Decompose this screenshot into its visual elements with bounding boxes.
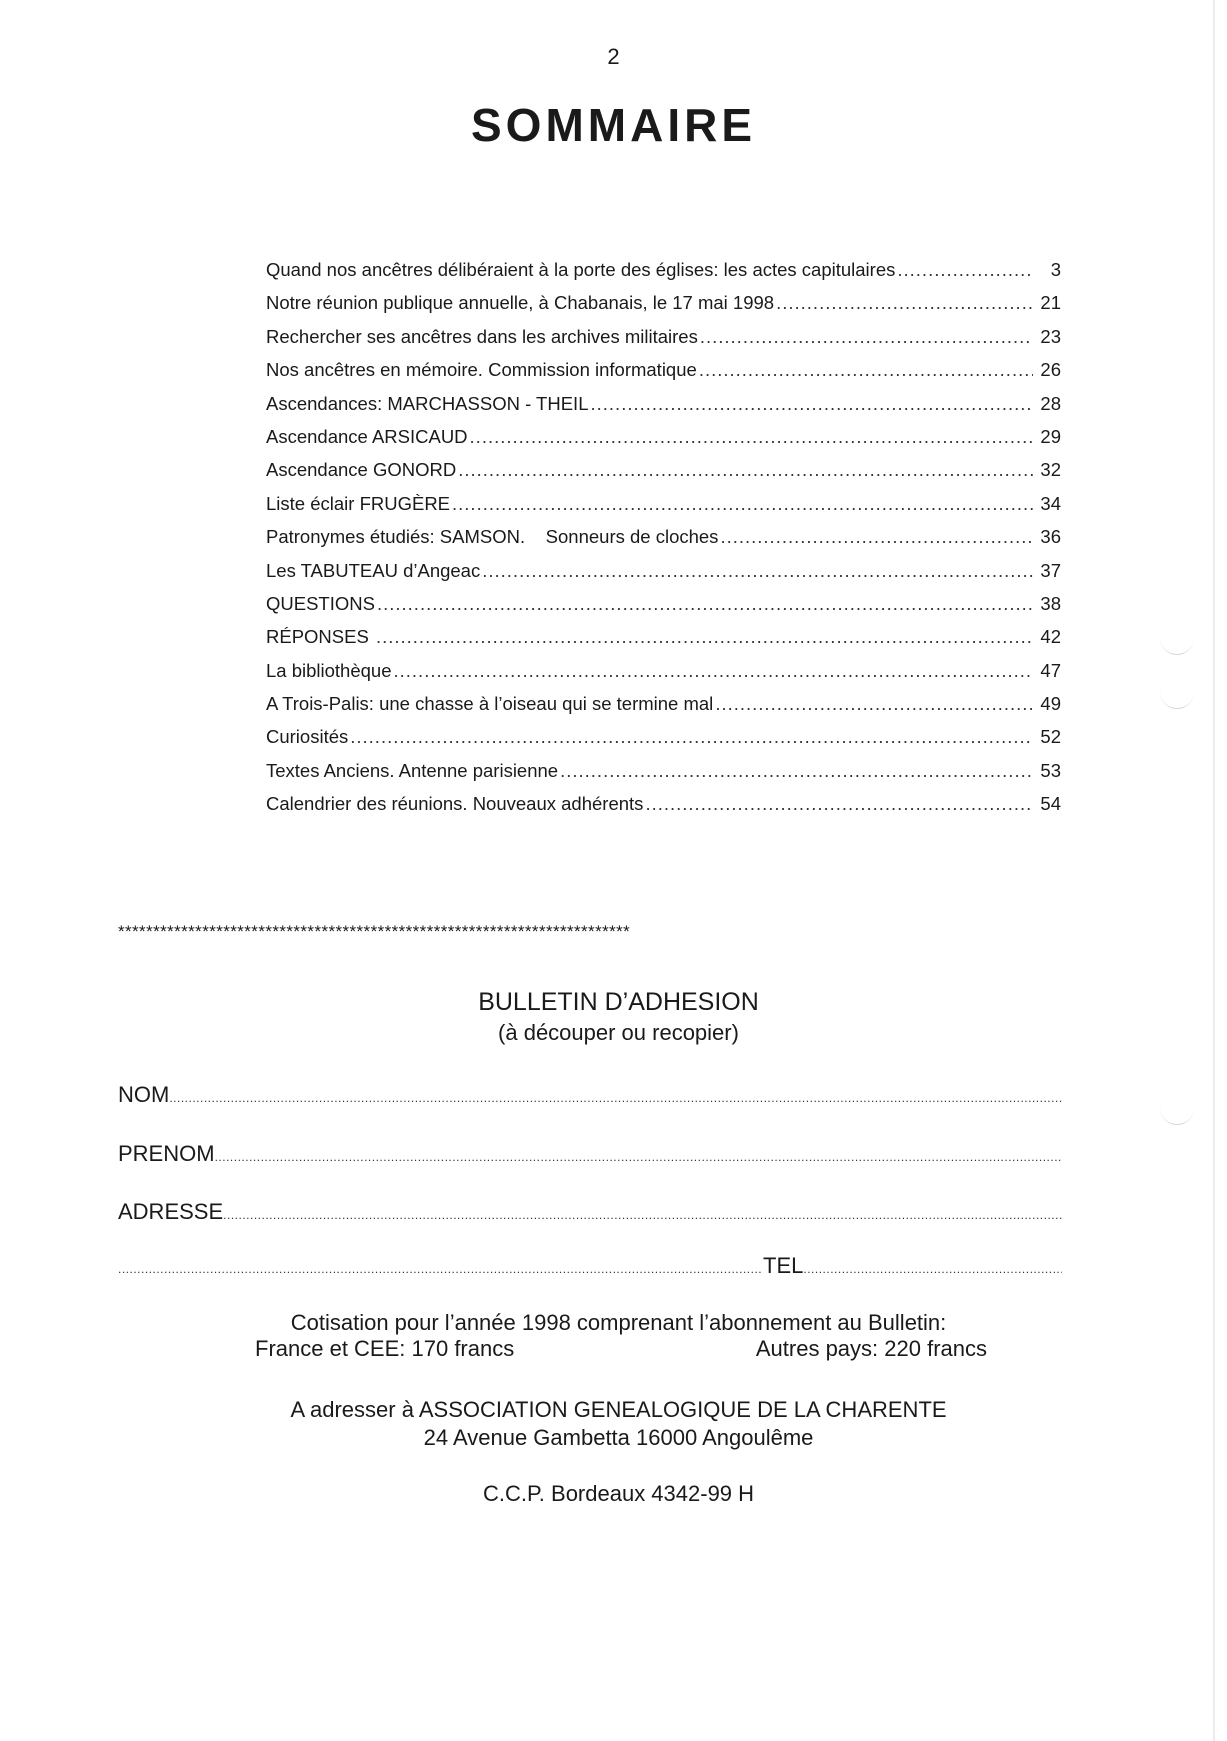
punch-hole-mark xyxy=(1160,690,1194,709)
toc-entry-label: Patronymes étudiés: SAMSON. Sonneurs de … xyxy=(266,526,718,548)
nom-field[interactable]: NOM xyxy=(118,1082,1062,1108)
cut-line-separator: ****************************************… xyxy=(118,922,1048,942)
dot-leader xyxy=(452,493,1033,515)
toc-entry-page: 49 xyxy=(1035,693,1061,715)
toc-entry[interactable]: Patronymes étudiés: SAMSON. Sonneurs de … xyxy=(266,526,1061,559)
mailing-address: A adresser à ASSOCIATION GENEALOGIQUE DE… xyxy=(0,1396,1227,1452)
toc-entry-label: Notre réunion publique annuelle, à Chaba… xyxy=(266,292,774,314)
toc-entry-label: Rechercher ses ancêtres dans les archive… xyxy=(266,326,698,348)
toc-entry[interactable]: Liste éclair FRUGÈRE34 xyxy=(266,493,1061,526)
toc-entry-page: 23 xyxy=(1035,326,1061,348)
punch-hole-mark xyxy=(1160,1106,1194,1125)
toc-entry[interactable]: Ascendance ARSICAUD29 xyxy=(266,426,1061,459)
dot-leader xyxy=(394,660,1034,682)
dot-leader xyxy=(376,626,1033,648)
dot-leader xyxy=(470,426,1033,448)
dot-leader xyxy=(715,693,1033,715)
tel-field[interactable]: TEL xyxy=(118,1253,1062,1279)
tel-fill-line[interactable] xyxy=(803,1262,1062,1276)
toc-entry[interactable]: Ascendance GONORD32 xyxy=(266,459,1061,492)
toc-entry-page: 29 xyxy=(1035,426,1061,448)
dot-leader xyxy=(897,259,1033,281)
table-of-contents: Quand nos ancêtres délibéraient à la por… xyxy=(266,259,1061,827)
address-line-1: A adresser à ASSOCIATION GENEALOGIQUE DE… xyxy=(0,1396,1227,1424)
toc-entry[interactable]: Les TABUTEAU d’Angeac37 xyxy=(266,560,1061,593)
toc-entry-label: Textes Anciens. Antenne parisienne xyxy=(266,760,558,782)
toc-entry[interactable]: Curiosités52 xyxy=(266,726,1061,759)
dot-leader xyxy=(699,359,1033,381)
dot-leader xyxy=(350,726,1033,748)
adresse-fill-line[interactable] xyxy=(223,1208,1062,1222)
address-line-2: 24 Avenue Gambetta 16000 Angoulême xyxy=(0,1424,1227,1452)
dot-leader xyxy=(776,292,1033,314)
fee-france: France et CEE: 170 francs xyxy=(255,1336,514,1362)
toc-entry-page: 28 xyxy=(1035,393,1061,415)
toc-entry-label: Curiosités xyxy=(266,726,348,748)
toc-entry-label: Les TABUTEAU d’Angeac xyxy=(266,560,480,582)
toc-entry-page: 52 xyxy=(1035,726,1061,748)
toc-entry-page: 38 xyxy=(1035,593,1061,615)
page-edge xyxy=(1213,0,1215,1741)
toc-entry[interactable]: RÉPONSES 42 xyxy=(266,626,1061,659)
adresse-continuation-line[interactable] xyxy=(118,1262,763,1276)
toc-entry-page: 53 xyxy=(1035,760,1061,782)
toc-entry[interactable]: Rechercher ses ancêtres dans les archive… xyxy=(266,326,1061,359)
prenom-label: PRENOM xyxy=(118,1141,215,1167)
toc-entry-page: 47 xyxy=(1035,660,1061,682)
toc-entry-page: 32 xyxy=(1035,459,1061,481)
nom-label: NOM xyxy=(118,1082,169,1108)
membership-fees: Cotisation pour l’année 1998 comprenant … xyxy=(0,1310,1227,1362)
toc-entry-label: Ascendance GONORD xyxy=(266,459,456,481)
toc-entry-label: Ascendance ARSICAUD xyxy=(266,426,468,448)
dot-leader xyxy=(700,326,1033,348)
punch-hole-mark xyxy=(1160,636,1194,655)
dot-leader xyxy=(377,593,1033,615)
toc-entry-page: 37 xyxy=(1035,560,1061,582)
dot-leader xyxy=(560,760,1033,782)
toc-entry[interactable]: La bibliothèque47 xyxy=(266,660,1061,693)
toc-entry[interactable]: A Trois-Palis: une chasse à l’oiseau qui… xyxy=(266,693,1061,726)
dot-leader xyxy=(645,793,1033,815)
toc-entry-label: A Trois-Palis: une chasse à l’oiseau qui… xyxy=(266,693,713,715)
toc-entry-label: Nos ancêtres en mémoire. Commission info… xyxy=(266,359,697,381)
toc-entry[interactable]: Quand nos ancêtres délibéraient à la por… xyxy=(266,259,1061,292)
dot-leader xyxy=(482,560,1033,582)
toc-entry[interactable]: Nos ancêtres en mémoire. Commission info… xyxy=(266,359,1061,392)
page-number: 2 xyxy=(0,44,1227,70)
toc-entry-label: QUESTIONS xyxy=(266,593,375,615)
toc-entry[interactable]: Calendrier des réunions. Nouveaux adhére… xyxy=(266,793,1061,826)
toc-entry-label: Ascendances: MARCHASSON - THEIL xyxy=(266,393,589,415)
toc-entry-page: 34 xyxy=(1035,493,1061,515)
toc-entry-label: Calendrier des réunions. Nouveaux adhére… xyxy=(266,793,643,815)
fees-intro: Cotisation pour l’année 1998 comprenant … xyxy=(0,1310,1227,1336)
dot-leader xyxy=(458,459,1033,481)
toc-entry[interactable]: Textes Anciens. Antenne parisienne53 xyxy=(266,760,1061,793)
dot-leader xyxy=(591,393,1034,415)
form-title: BULLETIN D’ADHESION xyxy=(0,988,1227,1017)
prenom-field[interactable]: PRENOM xyxy=(118,1141,1062,1167)
toc-entry-label: Liste éclair FRUGÈRE xyxy=(266,493,450,515)
toc-entry-page: 21 xyxy=(1035,292,1061,314)
toc-entry-page: 36 xyxy=(1035,526,1061,548)
adresse-field[interactable]: ADRESSE xyxy=(118,1199,1062,1225)
toc-entry[interactable]: Notre réunion publique annuelle, à Chaba… xyxy=(266,292,1061,325)
form-subtitle: (à découper ou recopier) xyxy=(0,1020,1227,1046)
toc-entry-label: Quand nos ancêtres délibéraient à la por… xyxy=(266,259,895,281)
toc-entry-page: 26 xyxy=(1035,359,1061,381)
postal-account: C.C.P. Bordeaux 4342-99 H xyxy=(0,1481,1227,1507)
toc-entry-page: 54 xyxy=(1035,793,1061,815)
page-title: SOMMAIRE xyxy=(0,98,1227,152)
toc-entry-label: RÉPONSES xyxy=(266,626,374,648)
toc-entry-page: 42 xyxy=(1035,626,1061,648)
nom-fill-line[interactable] xyxy=(169,1091,1062,1105)
toc-entry[interactable]: Ascendances: MARCHASSON - THEIL28 xyxy=(266,393,1061,426)
prenom-fill-line[interactable] xyxy=(215,1150,1062,1164)
dot-leader xyxy=(720,526,1033,548)
toc-entry[interactable]: QUESTIONS38 xyxy=(266,593,1061,626)
tel-label: TEL xyxy=(763,1253,803,1279)
fee-other-countries: Autres pays: 220 francs xyxy=(756,1336,987,1362)
toc-entry-page: 3 xyxy=(1035,259,1061,281)
adresse-label: ADRESSE xyxy=(118,1199,223,1225)
toc-entry-label: La bibliothèque xyxy=(266,660,392,682)
